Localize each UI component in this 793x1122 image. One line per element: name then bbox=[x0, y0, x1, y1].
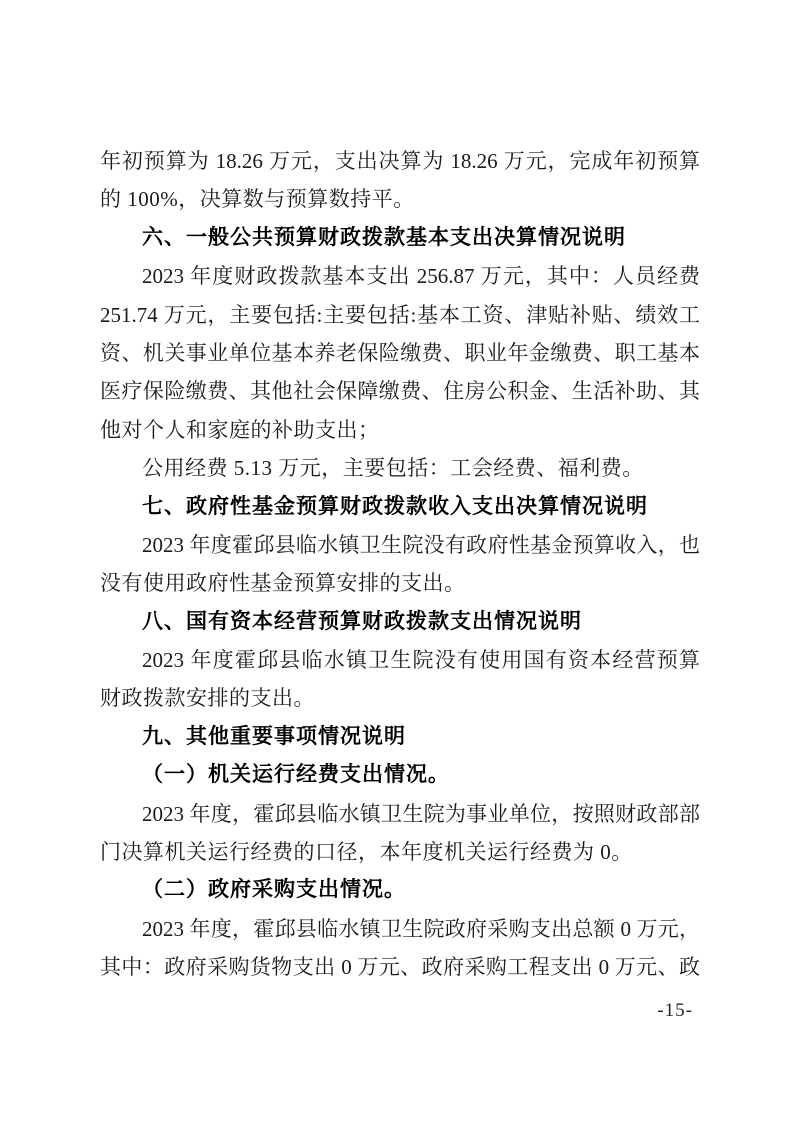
text-line: 2023 年度霍邱县临水镇卫生院没有政府性基金预算收入，也 bbox=[100, 526, 700, 564]
text-line: 门决算机关运行经费的口径，本年度机关运行经费为 0。 bbox=[100, 833, 700, 871]
text-line: 没有使用政府性基金预算安排的支出。 bbox=[100, 564, 700, 602]
text-line: 财政拨款安排的支出。 bbox=[100, 679, 700, 717]
text-line: 公用经费 5.13 万元，主要包括：工会经费、福利费。 bbox=[100, 449, 700, 487]
section-heading: （二）政府采购支出情况。 bbox=[100, 871, 700, 909]
document-page: 年初预算为 18.26 万元，支出决算为 18.26 万元，完成年初预算的 10… bbox=[0, 0, 793, 1122]
section-heading: 八、国有资本经营预算财政拨款支出情况说明 bbox=[100, 603, 700, 641]
text-line: 的 100%，决算数与预算数持平。 bbox=[100, 180, 700, 218]
section-heading: （一）机关运行经费支出情况。 bbox=[100, 756, 700, 794]
text-line: 医疗保险缴费、其他社会保障缴费、住房公积金、生活补助、其 bbox=[100, 372, 700, 410]
text-line: 他对个人和家庭的补助支出； bbox=[100, 411, 700, 449]
text-line: 2023 年度霍邱县临水镇卫生院没有使用国有资本经营预算 bbox=[100, 641, 700, 679]
text-line: 其中：政府采购货物支出 0 万元、政府采购工程支出 0 万元、政 bbox=[100, 948, 700, 986]
text-line: 年初预算为 18.26 万元，支出决算为 18.26 万元，完成年初预算 bbox=[100, 142, 700, 180]
page-number: -15- bbox=[657, 1000, 693, 1022]
text-line: 251.74 万元，主要包括:主要包括:基本工资、津贴补贴、绩效工 bbox=[100, 296, 700, 334]
text-line: 资、机关事业单位基本养老保险缴费、职业年金缴费、职工基本 bbox=[100, 334, 700, 372]
section-heading: 九、其他重要事项情况说明 bbox=[100, 718, 700, 756]
section-heading: 六、一般公共预算财政拨款基本支出决算情况说明 bbox=[100, 219, 700, 257]
text-line: 2023 年度财政拨款基本支出 256.87 万元，其中：人员经费 bbox=[100, 257, 700, 295]
text-line: 2023 年度，霍邱县临水镇卫生院政府采购支出总额 0 万元， bbox=[100, 910, 700, 948]
document-body: 年初预算为 18.26 万元，支出决算为 18.26 万元，完成年初预算的 10… bbox=[100, 142, 700, 987]
section-heading: 七、政府性基金预算财政拨款收入支出决算情况说明 bbox=[100, 488, 700, 526]
text-line: 2023 年度，霍邱县临水镇卫生院为事业单位，按照财政部部 bbox=[100, 795, 700, 833]
